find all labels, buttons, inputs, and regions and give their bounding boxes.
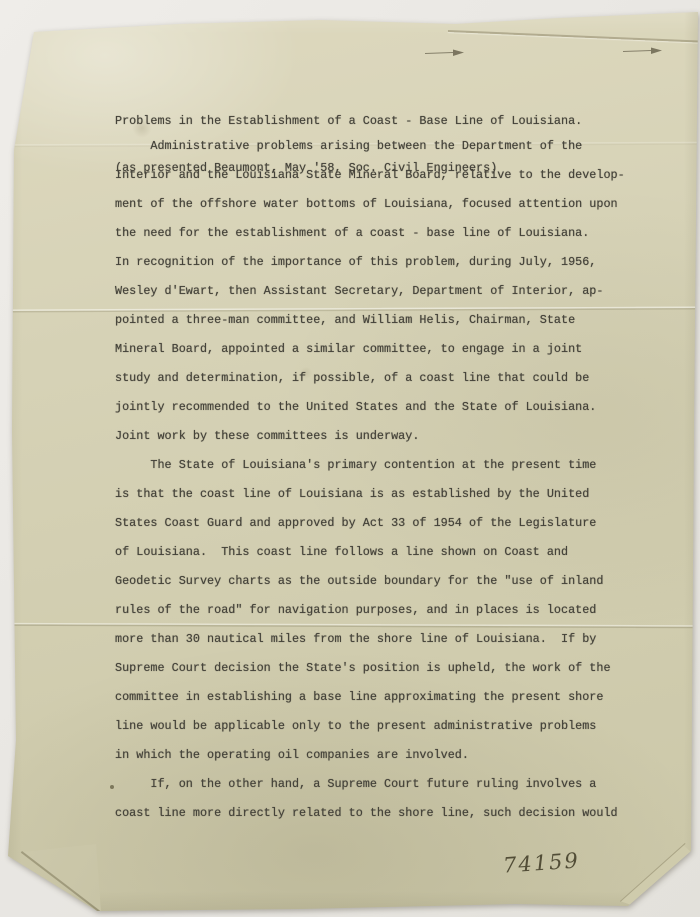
pencil-arrow-icon — [424, 47, 466, 58]
typed-line: Administrative problems arising between … — [115, 132, 625, 161]
archive-number-annotation: 74159 — [502, 848, 580, 877]
typed-line: study and determination, if possible, of… — [115, 364, 625, 393]
typed-line: committee in establishing a base line ap… — [115, 683, 625, 712]
fold-crease-top-right — [448, 30, 700, 42]
typed-line: pointed a three-man committee, and Willi… — [115, 306, 625, 335]
document-page: Problems in the Establishment of a Coast… — [0, 0, 700, 917]
typed-line: Geodetic Survey charts as the outside bo… — [115, 567, 625, 596]
typed-line: States Coast Guard and approved by Act 3… — [115, 509, 625, 538]
folded-corner-bottom-right-edge — [620, 843, 686, 902]
typed-line: Interior and the Louisiana State Mineral… — [115, 161, 625, 190]
typed-line: Joint work by these committees is underw… — [115, 422, 625, 451]
typed-line: jointly recommended to the United States… — [115, 393, 625, 422]
typed-line: more than 30 nautical miles from the sho… — [115, 625, 625, 654]
typed-line: In recognition of the importance of this… — [115, 248, 625, 277]
typed-line: Mineral Board, appointed a similar commi… — [115, 335, 625, 364]
typed-line: Supreme Court decision the State's posit… — [115, 654, 625, 683]
typed-line: ment of the offshore water bottoms of Lo… — [115, 190, 625, 219]
scanner-background: Problems in the Establishment of a Coast… — [0, 0, 700, 917]
typed-line: line would be applicable only to the pre… — [115, 712, 625, 741]
pencil-arrow-icon — [622, 45, 664, 56]
pencil-dot-mark — [110, 785, 114, 789]
typed-line: Wesley d'Ewart, then Assistant Secretary… — [115, 277, 625, 306]
typed-line: rules of the road" for navigation purpos… — [115, 596, 625, 625]
typed-line: is that the coast line of Louisiana is a… — [115, 480, 625, 509]
typed-line: in which the operating oil companies are… — [115, 741, 625, 770]
paper-shadow-wrap: Problems in the Establishment of a Coast… — [0, 0, 700, 917]
typed-line: coast line more directly related to the … — [115, 799, 625, 828]
heading-line: Problems in the Establishment of a Coast… — [115, 114, 582, 130]
typed-line: If, on the other hand, a Supreme Court f… — [115, 770, 625, 799]
typed-line: The State of Louisiana's primary content… — [115, 451, 625, 480]
typed-line: the need for the establishment of a coas… — [115, 219, 625, 248]
typed-line: of Louisiana. This coast line follows a … — [115, 538, 625, 567]
document-body: Administrative problems arising between … — [115, 132, 625, 828]
